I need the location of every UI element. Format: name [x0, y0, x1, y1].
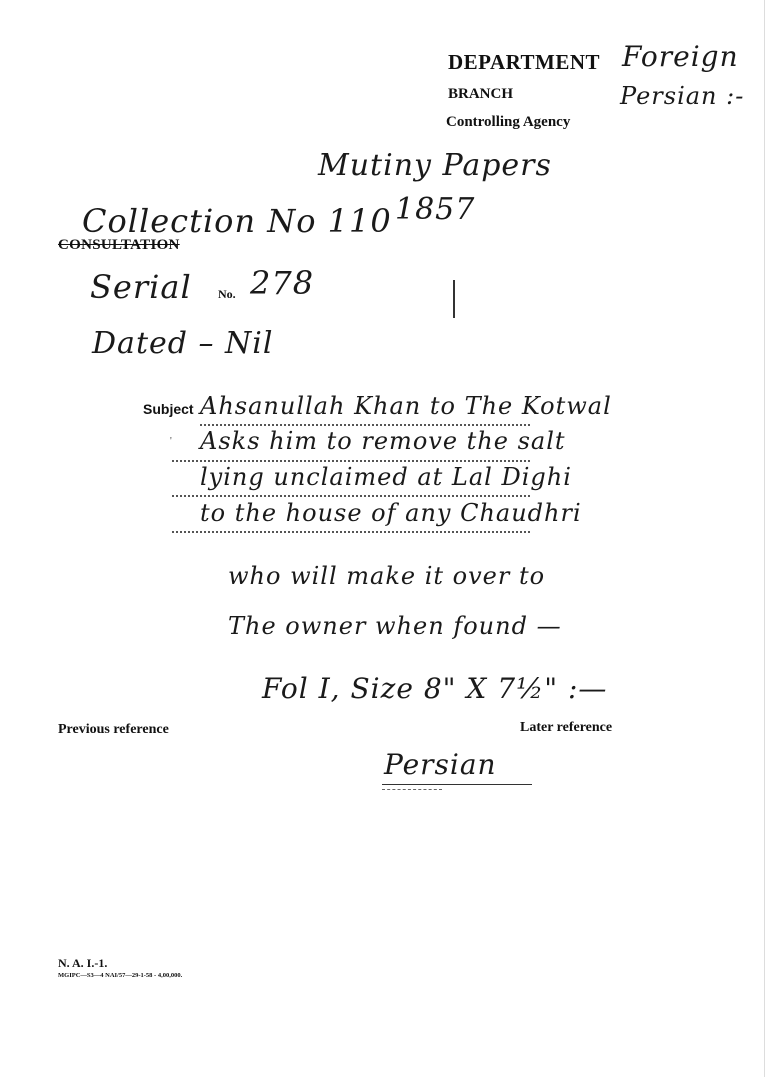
collection-number: Collection No 110	[82, 202, 392, 240]
serial-no-label: No.	[218, 287, 236, 302]
form-code: N. A. I.-1.	[58, 956, 107, 971]
later-reference-label: Later reference	[520, 720, 612, 736]
subject-line: The owner when found —	[228, 612, 562, 640]
department-value: Foreign	[622, 40, 739, 73]
controlling-agency-label: Controlling Agency	[446, 114, 570, 131]
department-label: DEPARTMENT	[448, 50, 600, 75]
branch-label: BRANCH	[448, 86, 513, 103]
print-line: MGIPC—S3—4 NAI/57—29-1-58 - 4,00,000.	[58, 972, 182, 979]
dated-field: Dated – Nil	[92, 326, 273, 361]
subject-dotted-line	[172, 460, 530, 462]
subject-line: lying unclaimed at Lal Dighi	[200, 463, 572, 491]
subject-line: Ahsanullah Khan to The Kotwal	[200, 392, 612, 420]
previous-reference-label: Previous reference	[58, 722, 169, 738]
serial-handwritten-label: Serial	[90, 268, 192, 306]
subject-line: Asks him to remove the salt	[200, 427, 566, 455]
subject-line: who will make it over to	[228, 562, 545, 590]
consultation-label: CONSULTATION	[58, 237, 180, 254]
page-edge	[764, 0, 765, 1077]
language-note: Persian	[384, 748, 497, 781]
underline	[382, 789, 442, 790]
subject-dotted-line	[172, 495, 530, 497]
subject-line: to the house of any Chaudhri	[200, 499, 582, 527]
document-page: DEPARTMENT Foreign BRANCH Persian :- Con…	[0, 0, 767, 1077]
subject-dotted-line	[172, 531, 530, 533]
folio-size: Fol I, Size 8" X 7½" :—	[262, 672, 607, 705]
branch-value: Persian :-	[620, 82, 744, 110]
tick-mark: '	[170, 436, 172, 447]
subject-dotted-line	[200, 424, 530, 426]
vertical-mark	[453, 280, 455, 318]
underline	[382, 784, 532, 785]
subject-label: Subject	[143, 401, 194, 417]
collection-heading: Mutiny Papers	[318, 148, 552, 183]
serial-number: 278	[250, 264, 314, 302]
collection-year: 1857	[395, 192, 475, 227]
